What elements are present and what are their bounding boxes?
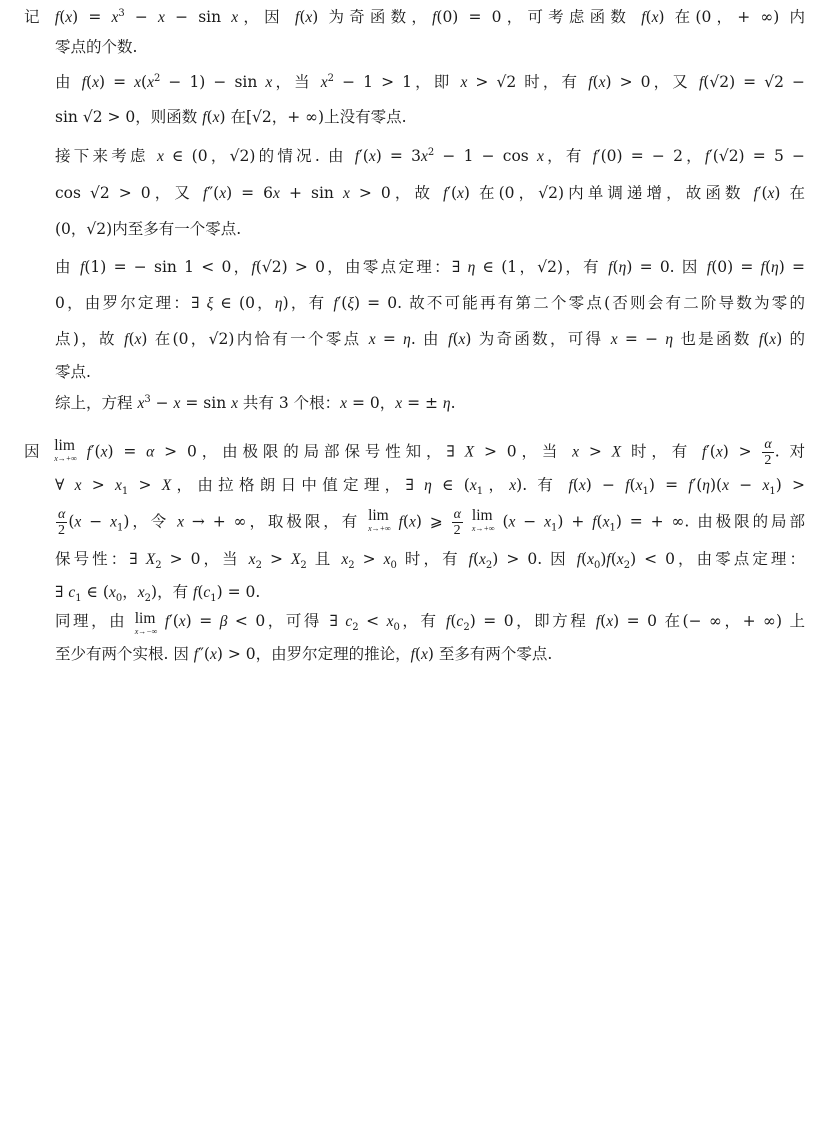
problem-36-line-4: 保号性：∃ X2 > 0，当 x2 > X2 且 x2 > x0 时，有 f(x… [55, 548, 805, 570]
problem-36-line-2: ∀ x > x1 > X，由拉格朗日中值定理，∃ η ∈ (x1，x). 有 f… [55, 474, 805, 496]
problem-35-line-5: 接下来考虑 x ∈ (0，√2)的情况. 由 f′(x) = 3x2 − 1 −… [55, 145, 805, 167]
problem-35-line-2: 零点的个数. [55, 36, 805, 58]
problem-36-line-5: ∃ c1 ∈ (x0，x2)，有 f(c1) = 0. [55, 581, 805, 603]
problem-35-line-9: 0，由罗尔定理：∃ ξ ∈ (0，η)，有 f′(ξ) = 0. 故不可能再有第… [55, 292, 805, 314]
problem-35-line-4: sin √2 > 0，则函数 f(x) 在[√2，+ ∞)上没有零点. [55, 106, 805, 128]
problem-36-line-3: α2(x − x1)，令 x → + ∞，取极限，有 limx→+∞ f(x) … [55, 507, 805, 529]
problem-35-line-8: 由 f(1) = − sin 1 < 0，f(√2) > 0，由零点定理：∃ η… [55, 256, 805, 278]
problem-36-line-7: 至少有两个实根. 因 f″(x) > 0，由罗尔定理的推论，f(x) 至多有两个… [55, 643, 805, 665]
problem-35-line-10: 点)，故 f(x) 在(0，√2)内恰有一个零点 x = η. 由 f(x) 为… [55, 328, 805, 350]
problem-35-conclusion: 综上，方程 x3 − x = sin x 共有 3 个根：x = 0，x = ±… [55, 392, 805, 414]
problem-35-line-6: cos √2 > 0，又 f″(x) = 6x + sin x > 0，故 f′… [55, 182, 805, 204]
problem-36-line-1: 因 limx→+∞ f′(x) = α > 0，由极限的局部保号性知，∃ X >… [24, 437, 805, 459]
problem-35-line-1: 记 f(x) = x3 − x − sin x，因 f(x) 为奇函数，f(0)… [24, 6, 805, 28]
problem-35-line-11: 零点. [55, 361, 805, 383]
problem-35-line-3: 由 f(x) = x(x2 − 1) − sin x，当 x2 − 1 > 1，… [55, 71, 805, 93]
problem-35-line-7: (0，√2)内至多有一个零点. [55, 218, 805, 240]
problem-36-line-6: 同理，由 limx→−∞ f′(x) = β < 0，可得 ∃ c2 < x0，… [55, 610, 805, 632]
solution-page: 记 f(x) = x3 − x − sin x，因 f(x) 为奇函数，f(0)… [0, 0, 833, 1125]
